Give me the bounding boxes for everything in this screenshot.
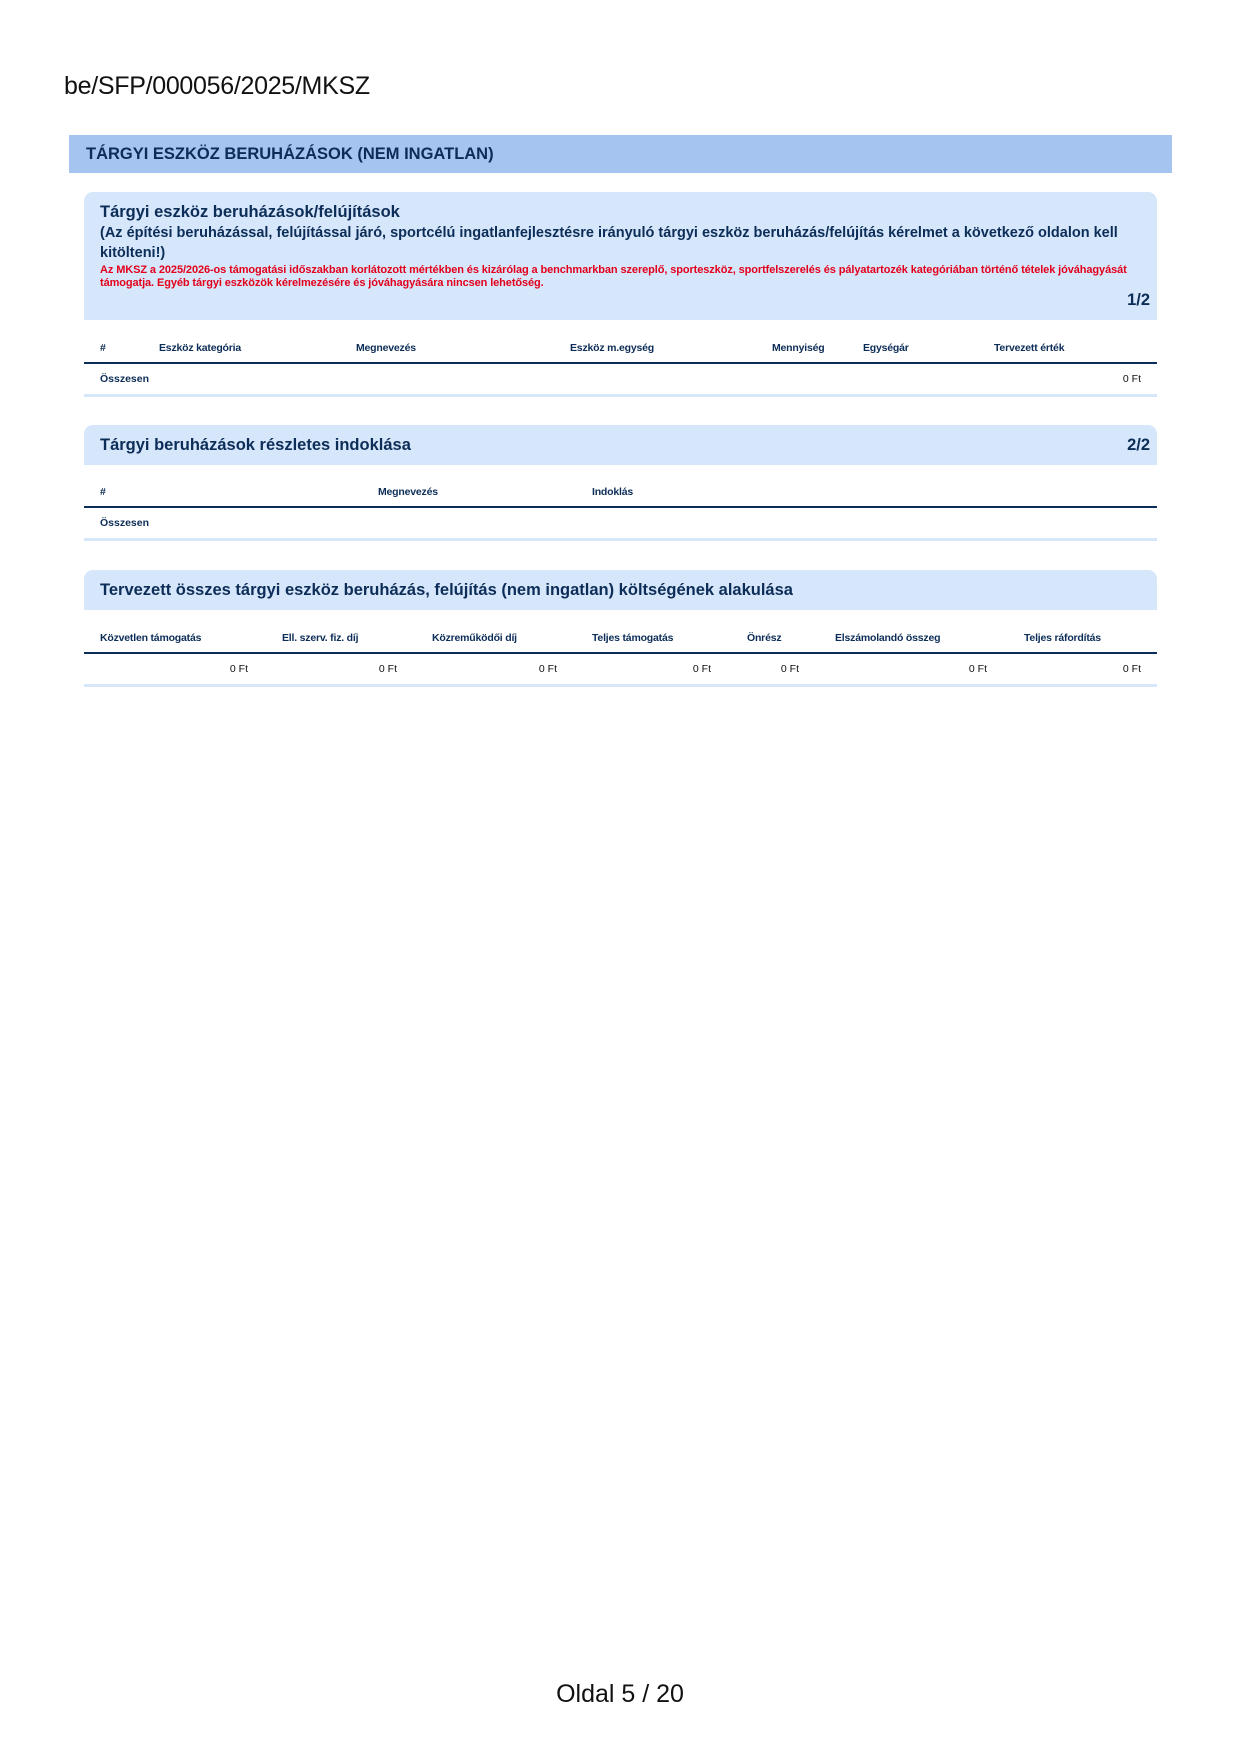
table-header-row: # Eszköz kategória Megnevezés Eszköz m.e… [84, 338, 1157, 362]
page-indicator: 2/2 [1127, 436, 1150, 455]
panel-subtitle: (Az építési beruházással, felújítással j… [100, 223, 1141, 263]
col-unit-price: Egységár [863, 342, 909, 354]
value-own-contribution: 0 Ft [781, 663, 799, 675]
table-total-row: Összesen 0 Ft [84, 364, 1157, 394]
document-id: be/SFP/000056/2025/MKSZ [64, 72, 370, 101]
section-title: TÁRGYI ESZKÖZ BERUHÁZÁSOK (NEM INGATLAN) [86, 145, 494, 164]
col-total-expenditure: Teljes ráfordítás [1024, 632, 1101, 644]
panel-title: Tervezett összes tárgyi eszköz beruházás… [100, 570, 1141, 610]
col-number: # [100, 486, 106, 498]
col-intermediary-fee: Közreműködői díj [432, 632, 517, 644]
asset-investments-panel: Tárgyi eszköz beruházások/felújítások (A… [84, 192, 1157, 320]
table-value-row: 0 Ft 0 Ft 0 Ft 0 Ft 0 Ft 0 Ft 0 Ft [84, 654, 1157, 684]
col-number: # [100, 342, 106, 354]
page-indicator: 1/2 [1127, 291, 1150, 310]
col-name: Megnevezés [378, 486, 438, 498]
table-header-row: # Megnevezés Indoklás [84, 482, 1157, 506]
col-own-contribution: Önrész [747, 632, 781, 644]
col-planned-value: Tervezett érték [994, 342, 1064, 354]
col-accountable-amount: Elszámolandó összeg [835, 632, 940, 644]
col-direct-support: Közvetlen támogatás [100, 632, 201, 644]
table-bottom-rule [84, 538, 1157, 541]
total-label: Összesen [100, 373, 149, 385]
col-total-support: Teljes támogatás [592, 632, 673, 644]
total-label: Összesen [100, 517, 149, 529]
cost-summary-panel: Tervezett összes tárgyi eszköz beruházás… [84, 570, 1157, 610]
table-total-row: Összesen [84, 508, 1157, 538]
asset-investments-table: # Eszköz kategória Megnevezés Eszköz m.e… [84, 338, 1157, 397]
col-quantity: Mennyiség [772, 342, 824, 354]
panel-title: Tárgyi eszköz beruházások/felújítások [100, 203, 1141, 222]
value-accountable-amount: 0 Ft [969, 663, 987, 675]
total-value: 0 Ft [1123, 373, 1141, 385]
justification-table: # Megnevezés Indoklás Összesen [84, 482, 1157, 541]
col-control-fee: Ell. szerv. fiz. díj [282, 632, 358, 644]
col-name: Megnevezés [356, 342, 416, 354]
page-footer: Oldal 5 / 20 [0, 1680, 1240, 1709]
table-bottom-rule [84, 394, 1157, 397]
value-total-support: 0 Ft [693, 663, 711, 675]
section-header: TÁRGYI ESZKÖZ BERUHÁZÁSOK (NEM INGATLAN) [69, 135, 1172, 173]
panel-title: Tárgyi beruházások részletes indoklása [100, 425, 1141, 465]
col-asset-category: Eszköz kategória [159, 342, 241, 354]
value-intermediary-fee: 0 Ft [539, 663, 557, 675]
value-control-fee: 0 Ft [379, 663, 397, 675]
panel-warning: Az MKSZ a 2025/2026-os támogatási idősza… [100, 264, 1141, 290]
value-direct-support: 0 Ft [230, 663, 248, 675]
col-justification: Indoklás [592, 486, 633, 498]
table-header-row: Közvetlen támogatás Ell. szerv. fiz. díj… [84, 628, 1157, 652]
table-bottom-rule [84, 684, 1157, 687]
col-unit: Eszköz m.egység [570, 342, 654, 354]
value-total-expenditure: 0 Ft [1123, 663, 1141, 675]
justification-panel: Tárgyi beruházások részletes indoklása 2… [84, 425, 1157, 465]
cost-summary-table: Közvetlen támogatás Ell. szerv. fiz. díj… [84, 628, 1157, 687]
